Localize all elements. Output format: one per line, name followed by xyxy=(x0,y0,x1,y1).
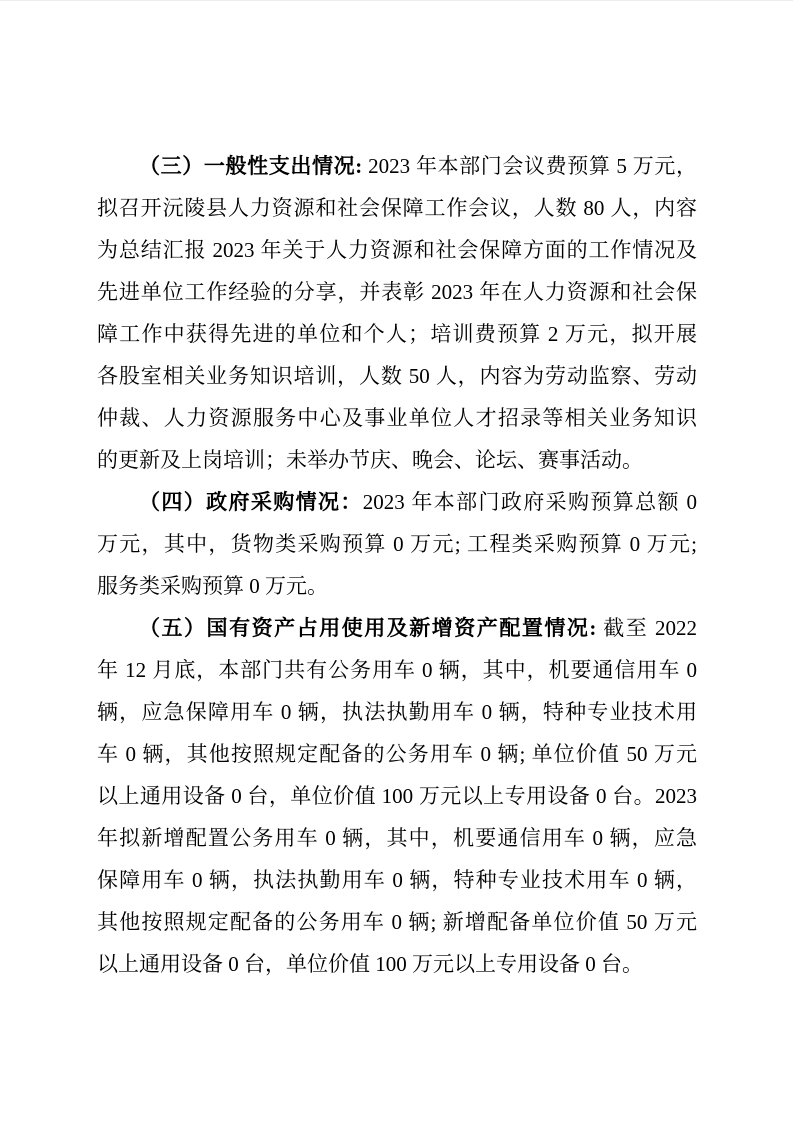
text-segment: 2023 年本部门会议费预算 5 万元， xyxy=(362,154,697,178)
text-line: 以上通用设备 0 台，单位价值 100 万元以上专用设备 0 台。 xyxy=(97,943,697,985)
text-segment: 万元，其中，货物类采购预算 0 万元; 工程类采购预算 0 万元; xyxy=(97,532,697,556)
section-heading: （四）政府采购情况： xyxy=(139,490,363,514)
text-segment: 2023 年本部门政府采购预算总额 0 xyxy=(363,490,697,514)
text-segment: 其他按照规定配备的公务用车 0 辆; 新增配备单位价值 50 万元 xyxy=(97,910,697,934)
section-government-procurement: （四）政府采购情况：2023 年本部门政府采购预算总额 0万元，其中，货物类采购… xyxy=(97,481,697,607)
text-line: 先进单位工作经验的分享，并表彰 2023 年在人力资源和社会保 xyxy=(97,271,697,313)
section-general-expenditure: （三）一般性支出情况: 2023 年本部门会议费预算 5 万元，拟召开沅陵县人力… xyxy=(97,145,697,481)
text-segment: 各股室相关业务知识培训，人数 50 人，内容为劳动监察、劳动 xyxy=(97,364,697,388)
section-heading: （三）一般性支出情况: xyxy=(139,154,362,178)
text-line: （四）政府采购情况：2023 年本部门政府采购预算总额 0 xyxy=(97,481,697,523)
text-line: 以上通用设备 0 台，单位价值 100 万元以上专用设备 0 台。2023 xyxy=(97,775,697,817)
text-line: 年拟新增配置公务用车 0 辆，其中，机要通信用车 0 辆，应急 xyxy=(97,817,697,859)
text-segment: 障工作中获得先进的单位和个人；培训费预算 2 万元，拟开展 xyxy=(97,322,697,346)
text-line: 为总结汇报 2023 年关于人力资源和社会保障方面的工作情况及 xyxy=(97,229,697,271)
text-line: （五）国有资产占用使用及新增资产配置情况: 截至 2022 xyxy=(97,607,697,649)
text-line: 万元，其中，货物类采购预算 0 万元; 工程类采购预算 0 万元; xyxy=(97,523,697,565)
text-segment: 以上通用设备 0 台，单位价值 100 万元以上专用设备 0 台。 xyxy=(97,952,643,976)
text-segment: 截至 2022 xyxy=(596,616,697,640)
text-segment: 年 12 月底，本部门共有公务用车 0 辆，其中，机要通信用车 0 xyxy=(97,658,697,682)
text-line: 仲裁、人力资源服务中心及事业单位人才招录等相关业务知识 xyxy=(97,397,697,439)
document-page: （三）一般性支出情况: 2023 年本部门会议费预算 5 万元，拟召开沅陵县人力… xyxy=(0,0,793,1122)
text-line: 辆，应急保障用车 0 辆，执法执勤用车 0 辆，特种专业技术用 xyxy=(97,691,697,733)
text-line: （三）一般性支出情况: 2023 年本部门会议费预算 5 万元， xyxy=(97,145,697,187)
text-segment: 车 0 辆，其他按照规定配备的公务用车 0 辆; 单位价值 50 万元 xyxy=(97,742,697,766)
text-line: 拟召开沅陵县人力资源和社会保障工作会议，人数 80 人，内容 xyxy=(97,187,697,229)
text-line: 障工作中获得先进的单位和个人；培训费预算 2 万元，拟开展 xyxy=(97,313,697,355)
text-segment: 拟召开沅陵县人力资源和社会保障工作会议，人数 80 人，内容 xyxy=(97,196,697,220)
text-line: 年 12 月底，本部门共有公务用车 0 辆，其中，机要通信用车 0 xyxy=(97,649,697,691)
text-segment: 服务类采购预算 0 万元。 xyxy=(97,574,328,598)
text-segment: 仲裁、人力资源服务中心及事业单位人才招录等相关业务知识 xyxy=(97,406,697,430)
text-segment: 为总结汇报 2023 年关于人力资源和社会保障方面的工作情况及 xyxy=(97,238,697,262)
text-segment: 年拟新增配置公务用车 0 辆，其中，机要通信用车 0 辆，应急 xyxy=(97,826,697,850)
section-state-assets: （五）国有资产占用使用及新增资产配置情况: 截至 2022年 12 月底，本部门… xyxy=(97,607,697,985)
text-segment: 的更新及上岗培训；未举办节庆、晚会、论坛、赛事活动。 xyxy=(97,448,643,472)
text-line: 的更新及上岗培训；未举办节庆、晚会、论坛、赛事活动。 xyxy=(97,439,697,481)
text-line: 各股室相关业务知识培训，人数 50 人，内容为劳动监察、劳动 xyxy=(97,355,697,397)
text-line: 其他按照规定配备的公务用车 0 辆; 新增配备单位价值 50 万元 xyxy=(97,901,697,943)
document-text-block: （三）一般性支出情况: 2023 年本部门会议费预算 5 万元，拟召开沅陵县人力… xyxy=(97,145,697,985)
text-segment: 先进单位工作经验的分享，并表彰 2023 年在人力资源和社会保 xyxy=(97,280,697,304)
text-segment: 辆，应急保障用车 0 辆，执法执勤用车 0 辆，特种专业技术用 xyxy=(97,700,697,724)
text-line: 车 0 辆，其他按照规定配备的公务用车 0 辆; 单位价值 50 万元 xyxy=(97,733,697,775)
text-segment: 以上通用设备 0 台，单位价值 100 万元以上专用设备 0 台。2023 xyxy=(97,784,697,808)
text-segment: 保障用车 0 辆，执法执勤用车 0 辆，特种专业技术用车 0 辆， xyxy=(97,868,697,892)
text-line: 保障用车 0 辆，执法执勤用车 0 辆，特种专业技术用车 0 辆， xyxy=(97,859,697,901)
section-heading: （五）国有资产占用使用及新增资产配置情况: xyxy=(139,616,596,640)
text-line: 服务类采购预算 0 万元。 xyxy=(97,565,697,607)
